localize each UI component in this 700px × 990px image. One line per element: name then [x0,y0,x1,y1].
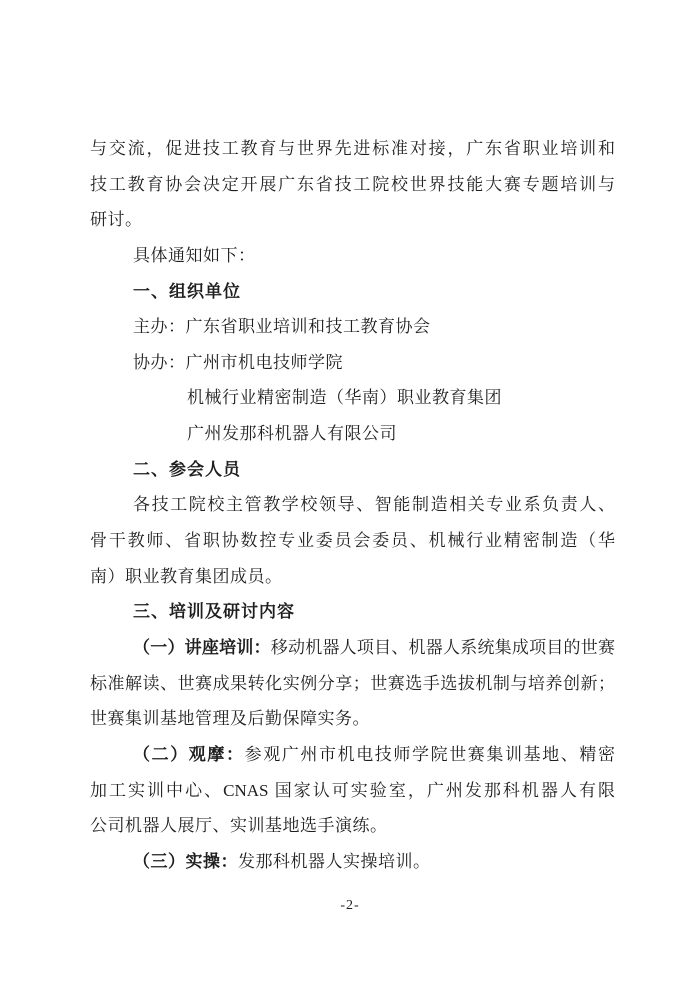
paragraph-line: 各技工院校主管教学校领导、智能制造相关专业系负责人、 [90,487,615,523]
paragraph-line: 标准解读、世赛成果转化实例分享；世赛选手选拔机制与培养创新； [90,666,615,702]
paragraph-line: （一）讲座培训：移动机器人项目、机器人系统集成项目的世赛 [90,630,615,666]
paragraph-line-text: 移动机器人项目、机器人系统集成项目的世赛 [271,638,615,657]
page-footer: -2- [0,898,700,914]
paragraph-line-text: 参观广州市机电技师学院世赛集训基地、精密 [245,745,615,764]
section-heading-participants: 二、参会人员 [90,452,615,488]
paragraph-line: 世赛集训基地管理及后勤保障实务。 [90,701,615,737]
page-number: -2- [340,898,359,913]
paragraph-line: 技工教育协会决定开展广东省技工院校世界技能大赛专题培训与 [90,167,615,203]
host-line: 主办：广东省职业培训和技工教育协会 [90,309,615,345]
paragraph-line-text: 发那科机器人实操培训。 [238,852,431,871]
paragraph-line: （二）观摩：参观广州市机电技师学院世赛集训基地、精密 [90,737,615,773]
section-heading-organizing-units: 一、组织单位 [90,274,615,310]
co-organizer-line: 协办：广州市机电技师学院 [90,345,615,381]
section-heading-training-content: 三、培训及研讨内容 [90,594,615,630]
paragraph-line: 研讨。 [90,202,615,238]
run-in-label-practice: （三）实操： [133,852,238,871]
document-page: 与交流，促进技工教育与世界先进标准对接，广东省职业培训和 技工教育协会决定开展广… [0,0,700,990]
co-organizer-line: 机械行业精密制造（华南）职业教育集团 [90,380,615,416]
paragraph-line: 公司机器人展厅、实训基地选手演练。 [90,808,615,844]
paragraph-line: 具体通知如下： [90,238,615,274]
paragraph-line: 加工实训中心、CNAS 国家认可实验室，广州发那科机器人有限 [90,773,615,809]
run-in-label-lecture-training: （一）讲座培训： [133,638,271,657]
document-body: 与交流，促进技工教育与世界先进标准对接，广东省职业培训和 技工教育协会决定开展广… [90,131,615,879]
paragraph-line: 南）职业教育集团成员。 [90,559,615,595]
run-in-label-observation: （二）观摩： [133,745,245,764]
co-organizer-line: 广州发那科机器人有限公司 [90,416,615,452]
paragraph-line: 与交流，促进技工教育与世界先进标准对接，广东省职业培训和 [90,131,615,167]
paragraph-line: （三）实操：发那科机器人实操培训。 [90,844,615,880]
paragraph-line: 骨干教师、省职协数控专业委员会委员、机械行业精密制造（华 [90,523,615,559]
